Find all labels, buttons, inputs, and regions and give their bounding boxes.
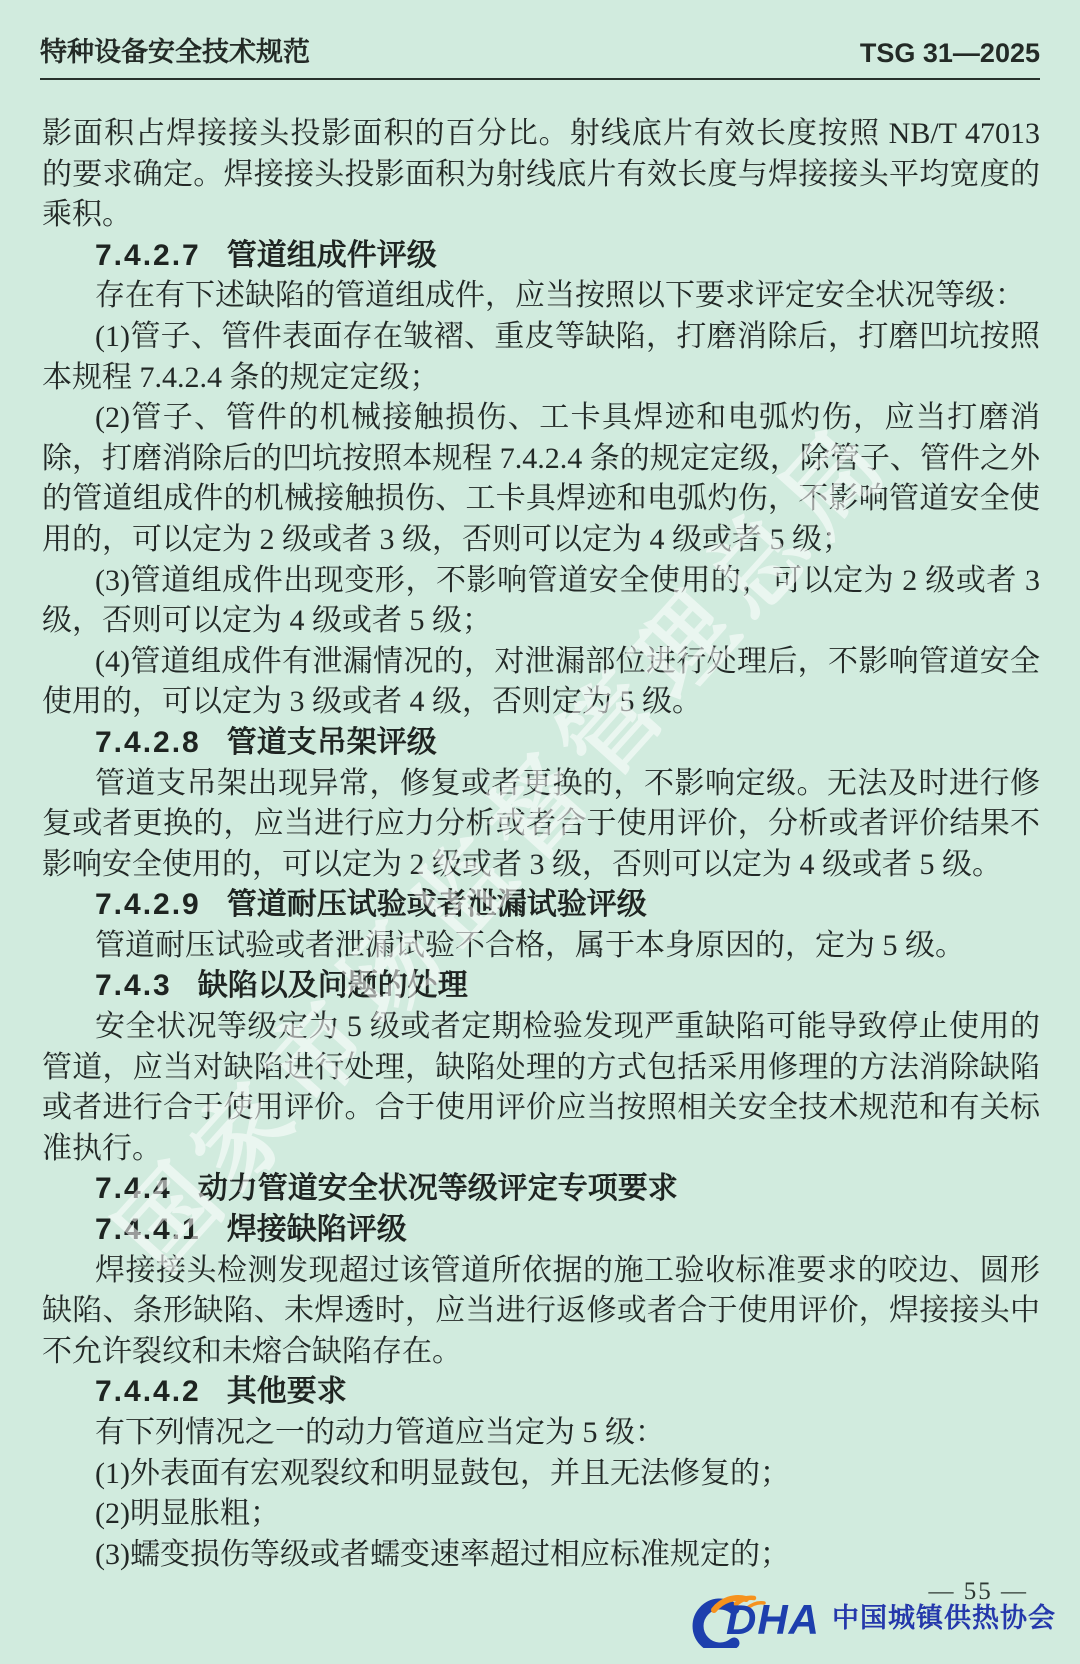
page-number: — 55 — — [929, 1578, 1029, 1606]
section-title: 动力管道安全状况等级评定专项要求 — [198, 1172, 678, 1205]
section-number: 7.4.2.8 — [95, 726, 201, 759]
section-heading: 7.4.3缺陷以及问题的处理 — [42, 966, 1040, 1007]
body-paragraph: 管道支吊架出现异常，修复或者更换的，不影响定级。无法及时进行修复或者更换的，应当… — [42, 764, 1040, 886]
body-paragraph: 管道耐压试验或者泄漏试验不合格，属于本身原因的，定为 5 级。 — [42, 926, 1040, 967]
list-item: (3)管道组成件出现变形，不影响管道安全使用的，可以定为 2 级或者 3 级，否… — [42, 561, 1040, 642]
section-title: 管道耐压试验或者泄漏试验评级 — [227, 888, 647, 921]
section-heading: 7.4.2.9管道耐压试验或者泄漏试验评级 — [42, 885, 1040, 926]
section-title: 其他要求 — [227, 1375, 347, 1408]
header-doc-code: TSG 31—2025 — [860, 38, 1040, 69]
section-number: 7.4.3 — [95, 969, 172, 1002]
association-name: 中国城镇供热协会 — [832, 1605, 1056, 1636]
section-title: 缺陷以及问题的处理 — [198, 969, 468, 1002]
section-number: 7.4.4.2 — [95, 1375, 201, 1408]
list-item: (1)管子、管件表面存在皱褶、重皮等缺陷，打磨消除后，打磨凹坑按照本规程 7.4… — [42, 317, 1040, 398]
list-item: (2)明显胀粗； — [42, 1494, 1040, 1535]
list-item: (3)蠕变损伤等级或者蠕变速率超过相应标准规定的； — [42, 1535, 1040, 1576]
section-number: 7.4.2.9 — [95, 888, 201, 921]
page-header: 特种设备安全技术规范 TSG 31—2025 — [40, 0, 1040, 80]
body-paragraph: 焊接接头检测发现超过该管道所依据的施工验收标准要求的咬边、圆形缺陷、条形缺陷、未… — [42, 1251, 1040, 1373]
section-title: 管道组成件评级 — [227, 239, 437, 272]
section-heading: 7.4.4动力管道安全状况等级评定专项要求 — [42, 1169, 1040, 1210]
header-title: 特种设备安全技术规范 — [40, 30, 310, 69]
section-heading: 7.4.2.8管道支吊架评级 — [42, 723, 1040, 764]
document-body: 影面积占焊接接头投影面积的百分比。射线底片有效长度按照 NB/T 47013 的… — [42, 80, 1040, 1575]
section-title: 焊接缺陷评级 — [227, 1213, 407, 1246]
document-page: 特种设备安全技术规范 TSG 31—2025 国家市场监督管理总局 影面积占焊接… — [0, 0, 1080, 1664]
body-paragraph: 有下列情况之一的动力管道应当定为 5 级： — [42, 1413, 1040, 1454]
list-item: (2)管子、管件的机械接触损伤、工卡具焊迹和电弧灼伤，应当打磨消除，打磨消除后的… — [42, 398, 1040, 560]
section-number: 7.4.4.1 — [95, 1213, 201, 1246]
section-number: 7.4.4 — [95, 1172, 172, 1205]
section-heading: 7.4.4.1焊接缺陷评级 — [42, 1210, 1040, 1251]
body-paragraph: 安全状况等级定为 5 级或者定期检验发现严重缺陷可能导致停止使用的管道，应当对缺… — [42, 1007, 1040, 1169]
logo-acronym: DHA — [726, 1599, 820, 1641]
body-paragraph: 存在有下述缺陷的管道组成件，应当按照以下要求评定安全状况等级： — [42, 276, 1040, 317]
section-title: 管道支吊架评级 — [227, 726, 437, 759]
list-item: (1)外表面有宏观裂纹和明显鼓包，并且无法修复的； — [42, 1454, 1040, 1495]
section-number: 7.4.2.7 — [95, 239, 201, 272]
body-paragraph: 影面积占焊接接头投影面积的百分比。射线底片有效长度按照 NB/T 47013 的… — [42, 114, 1040, 236]
section-heading: 7.4.2.7管道组成件评级 — [42, 236, 1040, 277]
list-item: (4)管道组成件有泄漏情况的，对泄漏部位进行处理后，不影响管道安全使用的，可以定… — [42, 642, 1040, 723]
section-heading: 7.4.4.2其他要求 — [42, 1372, 1040, 1413]
